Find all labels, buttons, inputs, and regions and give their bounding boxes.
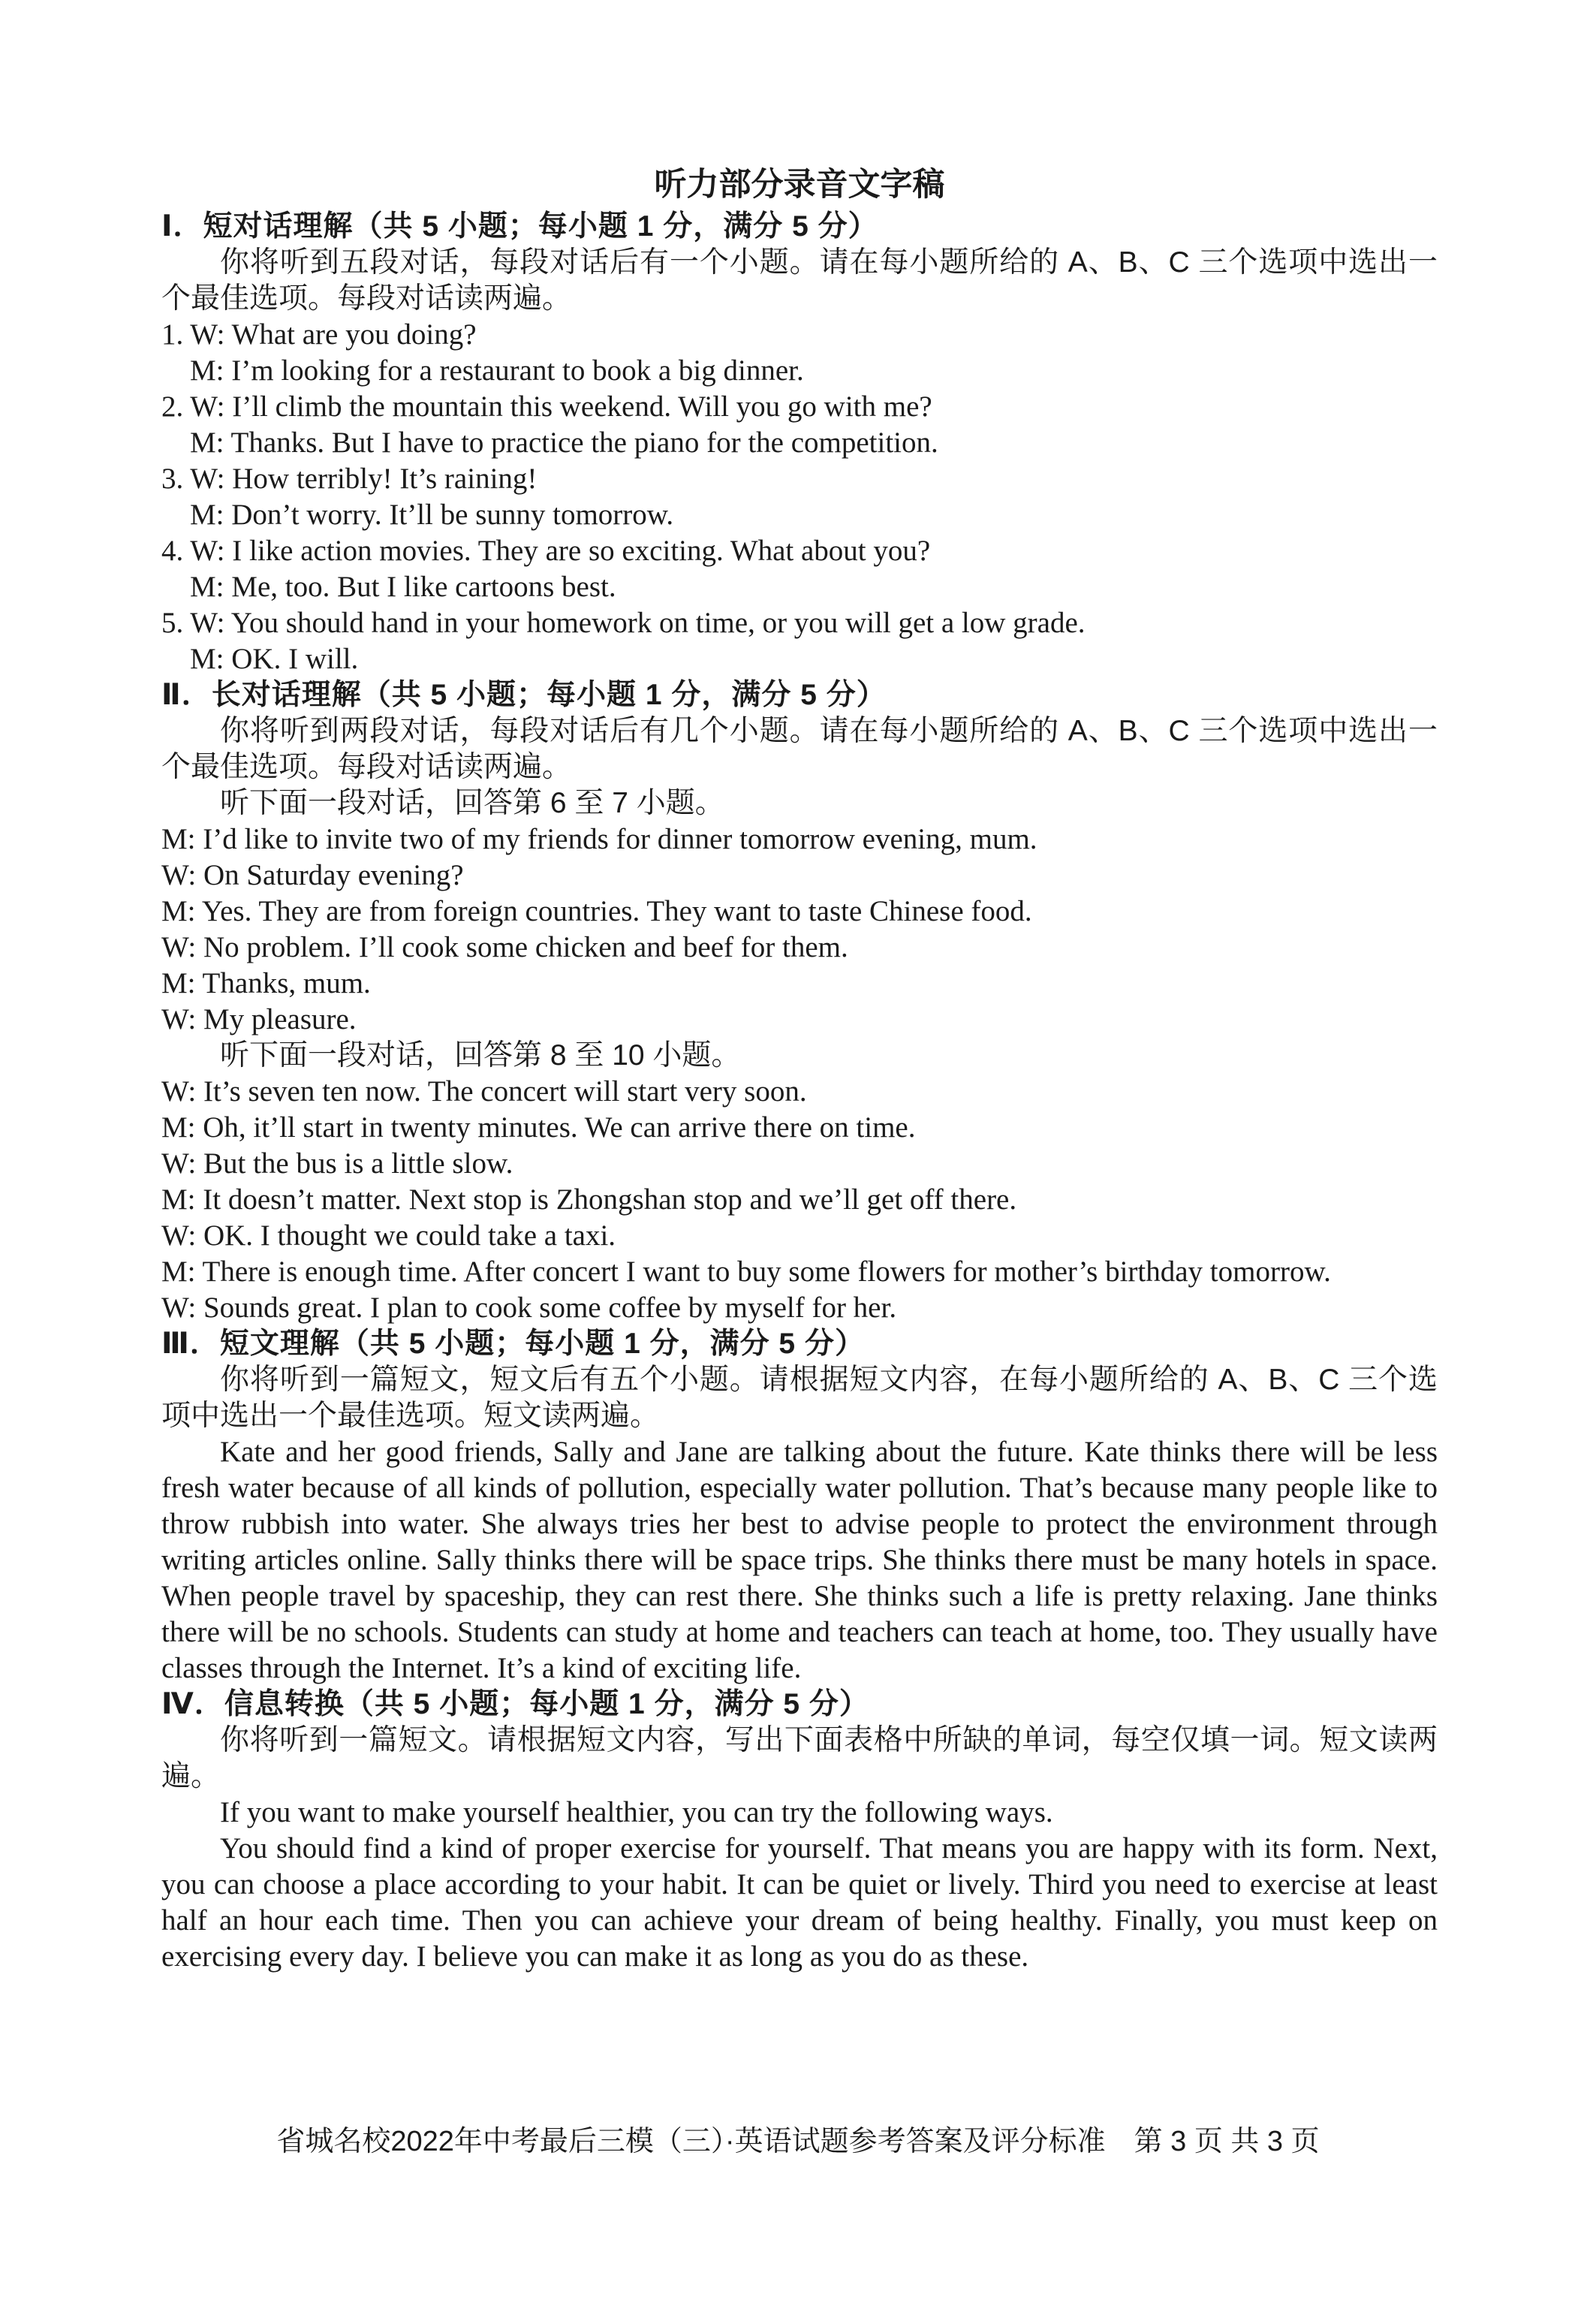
part2-heading: Ⅱ．长对话理解（共 5 小题；每小题 1 分，满分 5 分）: [161, 677, 1438, 713]
dialogue-line: W: On Saturday evening?: [161, 858, 1438, 894]
part3-instructions: 你将听到一篇短文，短文后有五个小题。请根据短文内容，在每小题所给的 A、B、C …: [161, 1362, 1438, 1434]
dialogue-line: M: Oh, it’ll start in twenty minutes. We…: [161, 1110, 1438, 1146]
part4-heading: Ⅳ．信息转换（共 5 小题；每小题 1 分，满分 5 分）: [161, 1687, 1438, 1723]
dialogue-line: M: Thanks, mum.: [161, 966, 1438, 1002]
dialogue-line: W: Sounds great. I plan to cook some cof…: [161, 1290, 1438, 1326]
dialogue-line: 3. W: How terribly! It’s raining!: [161, 461, 1438, 497]
section-information-transfer: Ⅳ．信息转换（共 5 小题；每小题 1 分，满分 5 分） 你将听到一篇短文。请…: [161, 1687, 1438, 1975]
part4-passage-intro: If you want to make yourself healthier, …: [161, 1795, 1438, 1831]
listening-transcript-page: 听力部分录音文字稿 Ⅰ．短对话理解（共 5 小题；每小题 1 分，满分 5 分）…: [0, 0, 1596, 2306]
dialogue-line: M: Me, too. But I like cartoons best.: [161, 569, 1438, 605]
part2-instructions: 你将听到两段对话，每段对话后有几个小题。请在每小题所给的 A、B、C 三个选项中…: [161, 713, 1438, 785]
dialogue-line: 5. W: You should hand in your homework o…: [161, 605, 1438, 641]
dialogue-line: M: Yes. They are from foreign countries.…: [161, 894, 1438, 930]
dialogue-line: 2. W: I’ll climb the mountain this weeke…: [161, 389, 1438, 425]
dialogue-line: M: I’d like to invite two of my friends …: [161, 821, 1438, 858]
dialogue-line: M: There is enough time. After concert I…: [161, 1254, 1438, 1290]
page-footer: 省城名校2022年中考最后三模（三）·英语试题参考答案及评分标准 第 3 页 共…: [0, 2124, 1596, 2160]
section-short-dialogues: Ⅰ．短对话理解（共 5 小题；每小题 1 分，满分 5 分） 你将听到五段对话，…: [161, 209, 1438, 677]
part1-instructions: 你将听到五段对话，每段对话后有一个小题。请在每小题所给的 A、B、C 三个选项中…: [161, 245, 1438, 317]
dialogue-line: W: No problem. I’ll cook some chicken an…: [161, 930, 1438, 966]
dialogue-line: M: OK. I will.: [161, 641, 1438, 677]
dialogue-line: W: My pleasure.: [161, 1002, 1438, 1038]
dialogue-line: W: It’s seven ten now. The concert will …: [161, 1074, 1438, 1110]
dialogue-line: M: I’m looking for a restaurant to book …: [161, 353, 1438, 389]
part3-passage: Kate and her good friends, Sally and Jan…: [161, 1434, 1438, 1687]
part3-heading: Ⅲ．短文理解（共 5 小题；每小题 1 分，满分 5 分）: [161, 1326, 1438, 1362]
dialogue-line: 1. W: What are you doing?: [161, 317, 1438, 353]
dialogue-line: M: Don’t worry. It’ll be sunny tomorrow.: [161, 497, 1438, 533]
dialogue-line: 4. W: I like action movies. They are so …: [161, 533, 1438, 569]
section-long-dialogues: Ⅱ．长对话理解（共 5 小题；每小题 1 分，满分 5 分） 你将听到两段对话，…: [161, 677, 1438, 1326]
dialogue-line: M: It doesn’t matter. Next stop is Zhong…: [161, 1182, 1438, 1218]
section-passage-comprehension: Ⅲ．短文理解（共 5 小题；每小题 1 分，满分 5 分） 你将听到一篇短文，短…: [161, 1326, 1438, 1687]
dialogue-line: W: OK. I thought we could take a taxi.: [161, 1218, 1438, 1254]
dialogue-line: M: Thanks. But I have to practice the pi…: [161, 425, 1438, 461]
listen-intro-6-7: 听下面一段对话，回答第 6 至 7 小题。: [161, 785, 1438, 821]
dialogue-line: W: But the bus is a little slow.: [161, 1146, 1438, 1182]
part4-instructions: 你将听到一篇短文。请根据短文内容，写出下面表格中所缺的单词，每空仅填一词。短文读…: [161, 1723, 1438, 1795]
listen-intro-8-10: 听下面一段对话，回答第 8 至 10 小题。: [161, 1038, 1438, 1074]
part4-passage: You should find a kind of proper exercis…: [161, 1831, 1438, 1975]
page-title: 听力部分录音文字稿: [161, 164, 1438, 206]
part1-heading: Ⅰ．短对话理解（共 5 小题；每小题 1 分，满分 5 分）: [161, 209, 1438, 245]
